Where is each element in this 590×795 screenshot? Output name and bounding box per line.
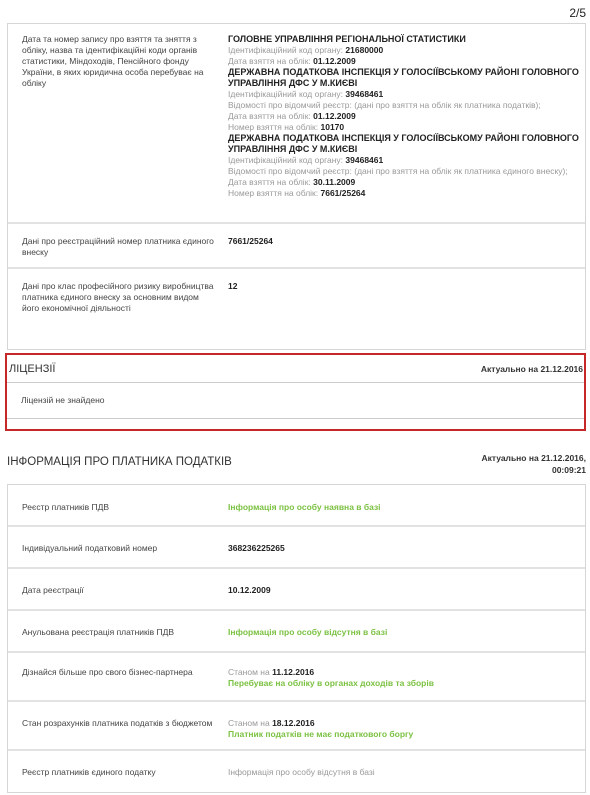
row-label: Дата та номер запису про взяття та знятт… <box>8 34 228 222</box>
row-label: Стан розрахунків платника податків з бюд… <box>8 718 228 729</box>
row-value: Інформація про особу відсутня в базі <box>228 767 585 778</box>
licenses-section: ЛІЦЕНЗІЇ Актуально на 21.12.2016 Ліцензі… <box>5 353 586 431</box>
table-row: Реєстр платників єдиного податку Інформа… <box>8 751 585 792</box>
table-row: Стан розрахунків платника податків з бюд… <box>8 702 585 751</box>
as-of-date: 11.12.2016 <box>272 667 314 677</box>
page-indicator: 2/5 <box>569 6 586 20</box>
row-label: Дата реєстрації <box>8 585 228 596</box>
taxpayer-header: ІНФОРМАЦІЯ ПРО ПЛАТНИКА ПОДАТКІВ Актуаль… <box>7 452 586 476</box>
date-label: Дата взяття на облік: <box>228 56 313 66</box>
as-of-date: 18.12.2016 <box>272 718 315 728</box>
actual-date: Актуально на 21.12.2016, 00:09:21 <box>481 452 586 476</box>
registry-info: Відомості про відомчий реєстр: (дані про… <box>228 100 585 111</box>
registration-number: 10170 <box>320 122 344 132</box>
registration-date: 30.11.2009 <box>313 177 355 187</box>
organ-id: 39468461 <box>345 89 383 99</box>
row-label: Індивідуальний податковий номер <box>8 543 228 554</box>
registration-date: 01.12.2009 <box>313 111 356 121</box>
registration-date: 01.12.2009 <box>313 56 356 66</box>
row-label: Дані про реєстраційний номер платника єд… <box>8 236 228 267</box>
organ-entry: ГОЛОВНЕ УПРАВЛІННЯ РЕГІОНАЛЬНОЇ СТАТИСТИ… <box>228 34 585 67</box>
section-title: ІНФОРМАЦІЯ ПРО ПЛАТНИКА ПОДАТКІВ <box>7 452 232 476</box>
organs-list: ГОЛОВНЕ УПРАВЛІННЯ РЕГІОНАЛЬНОЇ СТАТИСТИ… <box>228 34 585 222</box>
id-label: Ідентифікаційний код органу: <box>228 45 345 55</box>
row-label: Дані про клас професійного ризику виробн… <box>8 281 228 349</box>
registry-info: Відомості про відомчий реєстр: (дані про… <box>228 166 585 177</box>
table-row: Дані про реєстраційний номер платника єд… <box>8 224 585 269</box>
date-label: Дата взяття на облік: <box>228 177 313 187</box>
row-value: Інформація про особу відсутня в базі <box>228 627 585 638</box>
row-label: Анульована реєстрація платників ПДВ <box>8 627 228 638</box>
number-label: Номер взяття на облік: <box>228 188 320 198</box>
registration-number: 7661/25264 <box>320 188 365 198</box>
id-label: Ідентифікаційний код органу: <box>228 89 345 99</box>
row-value: 368236225265 <box>228 543 585 554</box>
section-title: ЛІЦЕНЗІЇ <box>9 363 55 375</box>
actual-time-line: 00:09:21 <box>481 464 586 476</box>
row-label: Реєстр платників ПДВ <box>8 502 228 513</box>
date-label: Дата взяття на облік: <box>228 111 313 121</box>
organ-name: ДЕРЖАВНА ПОДАТКОВА ІНСПЕКЦІЯ У ГОЛОСІЇВС… <box>228 67 585 89</box>
id-label: Ідентифікаційний код органу: <box>228 155 345 165</box>
row-label: Дізнайся більше про свого бізнес-партнер… <box>8 667 228 678</box>
taxpayer-table: Реєстр платників ПДВ Інформація про особ… <box>7 484 586 793</box>
licenses-header: ЛІЦЕНЗІЇ Актуально на 21.12.2016 <box>7 355 584 383</box>
organ-entry: ДЕРЖАВНА ПОДАТКОВА ІНСПЕКЦІЯ У ГОЛОСІЇВС… <box>228 133 585 199</box>
status-text: Платник податків не має податкового борг… <box>228 729 585 740</box>
table-row: Дата та номер запису про взяття та знятт… <box>8 24 585 224</box>
as-of-label: Станом на <box>228 667 272 677</box>
row-label: Реєстр платників єдиного податку <box>8 767 228 778</box>
row-value: 12 <box>228 281 585 349</box>
organ-id: 39468461 <box>345 155 383 165</box>
number-label: Номер взяття на облік: <box>228 122 320 132</box>
row-value: Інформація про особу наявна в базі <box>228 502 585 513</box>
registration-table: Дата та номер запису про взяття та знятт… <box>7 23 586 350</box>
row-value: 10.12.2009 <box>228 585 585 596</box>
actual-date-line: Актуально на 21.12.2016, <box>481 452 586 464</box>
table-row: Дізнайся більше про свого бізнес-партнер… <box>8 653 585 702</box>
table-row: Анульована реєстрація платників ПДВ Інфо… <box>8 611 585 653</box>
organ-name: ГОЛОВНЕ УПРАВЛІННЯ РЕГІОНАЛЬНОЇ СТАТИСТИ… <box>228 34 585 45</box>
as-of-label: Станом на <box>228 718 272 728</box>
organ-entry: ДЕРЖАВНА ПОДАТКОВА ІНСПЕКЦІЯ У ГОЛОСІЇВС… <box>228 67 585 133</box>
table-row: Реєстр платників ПДВ Інформація про особ… <box>8 485 585 527</box>
licenses-empty-message: Ліцензій не знайдено <box>7 383 584 419</box>
table-row: Індивідуальний податковий номер 36823622… <box>8 527 585 569</box>
row-value: 7661/25264 <box>228 236 585 267</box>
status-text: Перебуває на обліку в органах доходів та… <box>228 678 585 689</box>
row-value: Станом на 18.12.2016 Платник податків не… <box>228 718 585 740</box>
table-row: Дані про клас професійного ризику виробн… <box>8 269 585 349</box>
organ-id: 21680000 <box>345 45 383 55</box>
table-row: Дата реєстрації 10.12.2009 <box>8 569 585 611</box>
actual-date: Актуально на 21.12.2016 <box>481 363 583 375</box>
row-value: Станом на 11.12.2016 Перебуває на обліку… <box>228 667 585 689</box>
organ-name: ДЕРЖАВНА ПОДАТКОВА ІНСПЕКЦІЯ У ГОЛОСІЇВС… <box>228 133 585 155</box>
